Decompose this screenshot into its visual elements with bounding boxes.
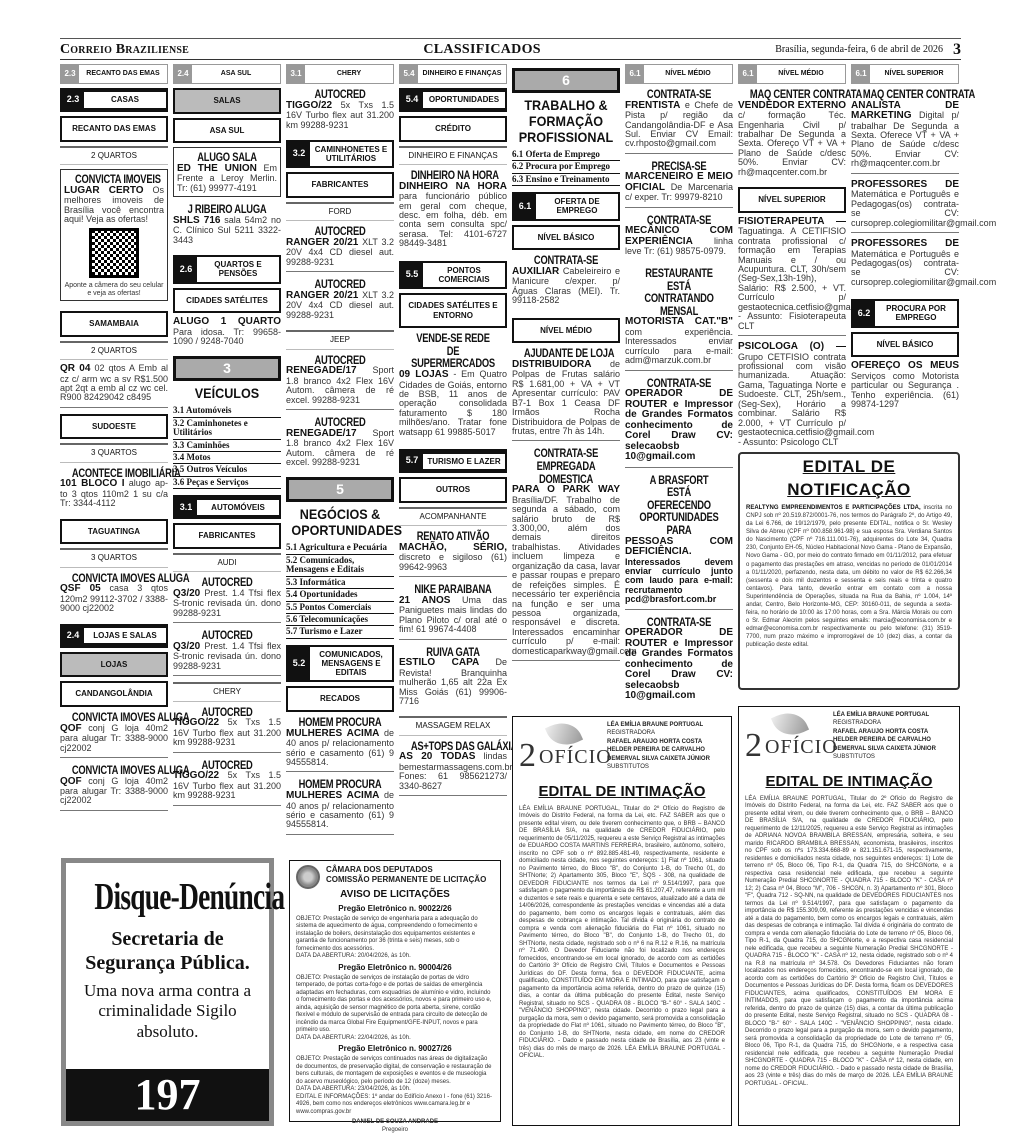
category-list: 6.1 Oferta de Emprego 6.2 Procura por Em…	[512, 149, 620, 186]
classified-ad: CONVICTA IMOVES ALUGAQOF conj G loja 40m…	[60, 764, 168, 811]
category-link: 5.6 Telecomunicações	[286, 614, 394, 626]
level-header: NÍVEL BÁSICO	[512, 225, 620, 251]
subcategory: JEEP	[286, 330, 394, 349]
page-header: Correio Braziliense CLASSIFICADOS Brasíl…	[60, 40, 961, 60]
region-header: OUTROS	[399, 477, 507, 503]
classified-ad: NIKE PARAIBANA21 ANOS Uma das Paniguetes…	[399, 583, 507, 639]
region-header: RECADOS	[286, 686, 394, 712]
subcategory: CHERY	[173, 682, 281, 701]
disque-denuncia-ad: Disque-Denúncia Secretaria de Segurança …	[61, 858, 274, 1126]
category-header: SALAS	[173, 88, 281, 114]
classified-ad: DINHEIRO NA HORADINHEIRO NA HORA para fu…	[399, 169, 507, 253]
classified-ad: AUTOCREDTIGGO/22 5x Txs 1.5 16V Turbo fl…	[173, 759, 281, 806]
subcategory: DINHEIRO E FINANÇAS	[399, 146, 507, 165]
column-6: 6.1NÍVEL MÉDIO CONTRATA-SEFRENTISTA e Ch…	[625, 64, 733, 712]
newspaper-brand: Correio Braziliense	[60, 42, 189, 58]
classified-ad: QR 04 02 qtos A Emb al cz c/ arm wc a sv…	[60, 364, 168, 408]
classified-ad: CONTRATA-SE EMPREGADA DOMESTICAPARA O PA…	[512, 447, 620, 661]
category-header: 6.1OFERTA DE EMPREGO	[512, 192, 620, 220]
disque-slogan: Uma nova arma contra a criminalidade Sig…	[66, 981, 269, 1042]
classified-ad: PROFESSORES DE Matemática e Português e …	[851, 180, 959, 233]
classified-ad: CONTRATA-SEOPERADOR DE ROUTER e Impresso…	[625, 377, 733, 468]
section-number: 3	[173, 356, 281, 381]
classified-ad: RESTAURANTE ESTÁ CONTRATANDO MENSALMOTOR…	[625, 267, 733, 371]
category-link: 3.3 Caminhões	[173, 440, 281, 452]
classified-ad: ALUGO 1 QUARTO Para idosa. Tr: 99658-109…	[173, 317, 281, 350]
category-link: 6.2 Procura por Emprego	[512, 161, 620, 173]
classified-ad: OFEREÇO OS MEUS Serviços como Motorista …	[851, 361, 959, 413]
section-tab: 6.1NÍVEL MÉDIO	[738, 64, 846, 84]
classified-ad: AUTOCREDQ3/20 Prest. 1.4 Tfsi flex S-tro…	[173, 576, 281, 623]
category-link: 3.2 Caminhonetes e Utilitários	[173, 418, 281, 440]
section-number: 5	[286, 477, 394, 502]
category-link: 3.6 Peças e Serviços	[173, 477, 281, 489]
classified-ad: CONVICTA IMOVES ALUGAQOF conj G loja 40m…	[60, 711, 168, 758]
classified-ad: A BRASFORT ESTÁ OFERECENDO OPORTUNIDADES…	[625, 474, 733, 610]
region-header: CANDANGOLÂNDIA	[60, 681, 168, 707]
category-link: 5.4 Oportunidades	[286, 589, 394, 601]
region-header: FABRICANTES	[173, 523, 281, 549]
category-link: 5.3 Informática	[286, 577, 394, 589]
classified-ad: AUTOCREDQ3/20 Prest. 1.4 Tfsi flex S-tro…	[173, 629, 281, 676]
classified-ad: CONTRATA-SEOPERADOR DE ROUTER e Impresso…	[625, 616, 733, 706]
hotline-number: 197	[66, 1069, 269, 1121]
category-list: 5.1 Agricultura e Pecuária 5.2 Comunicad…	[286, 542, 394, 639]
subcategory: FORD	[286, 202, 394, 221]
category-link: 3.5 Outros Veículos	[173, 464, 281, 476]
section-heading: VEÍCULOS	[178, 385, 275, 401]
category-link: 3.4 Motos	[173, 452, 281, 464]
category-header: 5.2COMUNICADOS, MENSAGENS E EDITAIS	[286, 645, 394, 683]
notification-notice: EDITAL DE NOTIFICAÇÃO REALTYNG EMPREENDI…	[738, 452, 960, 690]
region-header: ASA SUL	[173, 118, 281, 144]
disque-title: Disque-Denúncia	[94, 875, 240, 919]
category-link: 5.7 Turismo e Lazer	[286, 626, 394, 638]
classified-ad: RENATO ATIVÃOMACHÃO, SÉRIO, discreto e s…	[399, 530, 507, 577]
classified-ad: AUTOCREDRENEGADE/17 Sport 1.8 branco 4x2…	[286, 354, 394, 410]
subcategory: 2 QUARTOS	[60, 341, 168, 360]
classified-ad: AUTOCREDTIGGO/22 5x Txs 1.5 16V Turbo fl…	[173, 706, 281, 753]
notice-title: EDITAL DE INTIMAÇÃO	[519, 783, 725, 802]
column-3: 3.1CHERY AUTOCREDTIGGO/22 5x Txs 1.5 16V…	[286, 64, 394, 841]
classified-ad: AUTOCREDTIGGO/22 5x Txs 1.5 16V Turbo fl…	[286, 88, 394, 134]
column-7: 6.1NÍVEL MÉDIO MAQ CENTER CONTRATAVENDED…	[738, 64, 846, 457]
region-header: FABRICANTES	[286, 172, 394, 198]
column-1: 2.3RECANTO DAS EMAS 2.3CASAS RECANTO DAS…	[60, 64, 168, 817]
registrar-names: LÉA EMÍLIA BRAUNE PORTUGAL REGISTRADORA …	[607, 721, 710, 777]
classified-ad: CONTRATA-SEAUXILIAR Cabeleireiro e Manic…	[512, 254, 620, 309]
classified-ad: AS+TOPS DAS GALÁXIASAS 20 TODAS lindas b…	[399, 740, 507, 796]
camara-seal-icon	[296, 865, 320, 889]
section-tab: 3.1CHERY	[286, 64, 394, 84]
classified-ad: MAQ CENTER CONTRATAVENDEDOR EXTERNO c/ f…	[738, 88, 846, 181]
classified-ad: RUIVA GATAESTILO CAPA De Revista! Branqu…	[399, 646, 507, 711]
classified-ad: HOMEM PROCURAMULHERES ACIMA de 40 anos p…	[286, 778, 394, 834]
column-8: 6.1NÍVEL SUPERIOR MAQ CENTER CONTRATAANA…	[851, 64, 959, 420]
oficio-logo: 2OFÍCIO	[745, 711, 827, 767]
dateline: Brasília, segunda-feira, 6 de abril de 2…	[775, 41, 961, 59]
category-link: 6.1 Oferta de Emprego	[512, 149, 620, 161]
classified-ad: AUTOCREDRANGER 20/21 XLT 3.2 20V 4x4 CD …	[286, 278, 394, 324]
category-header: 5.4OPORTUNIDADES	[399, 88, 507, 112]
classified-ad: AUTOCREDRENEGADE/17 Sport 1.8 branco 4x2…	[286, 416, 394, 471]
column-2: 2.4ASA SUL SALAS ASA SUL ALUGO SALAED TH…	[173, 64, 281, 812]
subcategory: AUDI	[173, 553, 281, 572]
notice-title: EDITAL DE NOTIFICAÇÃO	[746, 456, 952, 502]
qr-code-icon[interactable]	[89, 228, 139, 278]
section-tab: 6.1NÍVEL SUPERIOR	[851, 64, 959, 84]
category-header: 3.2CAMINHONETES E UTILITÁRIOS	[286, 140, 394, 168]
category-header: 2.6QUARTOS E PENSÕES	[173, 255, 281, 283]
disque-subtitle: Secretaria de Segurança Pública.	[66, 927, 269, 975]
subcategory: MASSAGEM RELAX	[399, 716, 507, 735]
category-header: 5.5PONTOS COMERCIAIS	[399, 261, 507, 289]
column-5: 6 TRABALHO & FORMAÇÃO PROFISSIONAL 6.1 O…	[512, 64, 620, 667]
notice-title: EDITAL DE INTIMAÇÃO	[745, 773, 953, 792]
oficio-notice-2: 2OFÍCIO LÉA EMÍLIA BRAUNE PORTUGAL REGIS…	[738, 706, 960, 1126]
category-link: 5.1 Agricultura e Pecuária	[286, 542, 394, 554]
subcategory: 2 QUARTOS	[60, 146, 168, 165]
category-header: 3.1AUTOMÓVEIS	[173, 495, 281, 519]
classified-ad: AJUDANTE DE LOJADISTRIBUIDORA de Polpas …	[512, 347, 620, 441]
section-heading: NEGÓCIOS & OPORTUNIDADES	[291, 506, 388, 538]
subcategory: 3 QUARTOS	[60, 443, 168, 462]
registrar-names: LÉA EMÍLIA BRAUNE PORTUGAL REGISTRADORA …	[833, 711, 936, 767]
region-header: CIDADES SATÉLITES E ENTORNO	[399, 293, 507, 328]
top-rule	[60, 38, 961, 39]
region-header: LOJAS	[60, 652, 168, 678]
oficio-notice-1: 2OFÍCIO LÉA EMÍLIA BRAUNE PORTUGAL REGIS…	[512, 716, 732, 1126]
region-header: SUDOESTE	[60, 414, 168, 440]
region-header: CRÉDITO	[399, 116, 507, 142]
date: Brasília, segunda-feira, 6 de abril de 2…	[775, 44, 943, 55]
section-title: CLASSIFICADOS	[423, 42, 541, 58]
category-link: 3.1 Automóveis	[173, 405, 281, 417]
level-header: NÍVEL BÁSICO	[851, 332, 959, 358]
category-link: 5.5 Pontos Comerciais	[286, 602, 394, 614]
classified-ad: HOMEM PROCURAMULHERES ACIMA de 40 anos p…	[286, 716, 394, 772]
section-tab: 5.4DINHEIRO E FINANÇAS	[399, 64, 507, 84]
section-tab: 2.4ASA SUL	[173, 64, 281, 84]
section-number: 6	[512, 68, 620, 93]
section-tab: 2.3RECANTO DAS EMAS	[60, 64, 168, 84]
region-header: RECANTO DAS EMAS	[60, 116, 168, 142]
column-4: 5.4DINHEIRO E FINANÇAS 5.4OPORTUNIDADES …	[399, 64, 507, 802]
classified-ad: CONTRATA-SEMECÂNICO COM EXPERIÊNCIA linh…	[625, 214, 733, 261]
classified-ad: MAQ CENTER CONTRATAANALISTA DE MARKETING…	[851, 88, 959, 174]
category-link: 6.3 Ensino e Treinamento	[512, 174, 620, 186]
category-header: 2.4LOJAS E SALAS	[60, 624, 168, 648]
oficio-logo: 2OFÍCIO	[519, 721, 601, 777]
region-header: CIDADES SATÉLITES	[173, 288, 281, 314]
level-header: NÍVEL SUPERIOR	[738, 187, 846, 213]
classified-ad: CONVICTA IMOVEIS LUGAR CERTO Os melhores…	[60, 169, 168, 301]
category-header: 2.3CASAS	[60, 88, 168, 112]
level-header: NÍVEL MÉDIO	[512, 318, 620, 344]
category-link: 5.2 Comunicados, Mensagens e Editais	[286, 555, 394, 577]
region-header: SAMAMBAIA	[60, 311, 168, 337]
section-heading: TRABALHO & FORMAÇÃO PROFISSIONAL	[517, 97, 614, 145]
classified-ad: CONVICTA IMOVES ALUGAQSF 05 casa 3 qtos …	[60, 572, 168, 618]
classified-ad: FISIOTERAPEUTA — Taguatinga. A CETIFISIO…	[738, 217, 846, 336]
classified-ad: PROFESSORES DE Matemática e Português e …	[851, 239, 959, 291]
classified-ad: ACONTECE IMOBILIÁRIA101 BLOCO I alugo ap…	[60, 467, 168, 513]
classified-ad: J RIBEIRO ALUGASHLS 716 sala 54m2 no C. …	[173, 203, 281, 249]
classified-ad: CONTRATA-SEFRENTISTA e Chefe de Pista p/…	[625, 88, 733, 154]
category-header: 6.2PROCURA POR EMPREGO	[851, 299, 959, 327]
classified-ad: ALUGO SALAED THE UNION Em Frente a Leroy…	[173, 147, 281, 197]
subcategory: ACOMPANHANTE	[399, 507, 507, 526]
classified-ad: PRECISA-SEMARCENEIRO E MEIO OFICIAL De M…	[625, 160, 733, 208]
page-number: 3	[953, 41, 961, 59]
section-tab: 6.1NÍVEL MÉDIO	[625, 64, 733, 84]
camara-bid-notice: CÂMARA DOS DEPUTADOS COMISSÃO PERMANENTE…	[289, 860, 501, 1122]
classified-ad: PSICOLOGA (O) — Grupo CETFISIO contrata …	[738, 342, 846, 451]
category-header: 5.7TURISMO E LAZER	[399, 449, 507, 473]
subcategory: 3 QUARTOS	[60, 548, 168, 567]
classified-ad: AUTOCREDRANGER 20/21 XLT 3.2 20V 4x4 CD …	[286, 225, 394, 272]
classified-ad: VENDE-SE REDE DE SUPERMERCADOS09 LOJAS -…	[399, 332, 507, 441]
region-header: TAGUATINGA	[60, 519, 168, 545]
category-list: 3.1 Automóveis 3.2 Caminhonetes e Utilit…	[173, 405, 281, 489]
